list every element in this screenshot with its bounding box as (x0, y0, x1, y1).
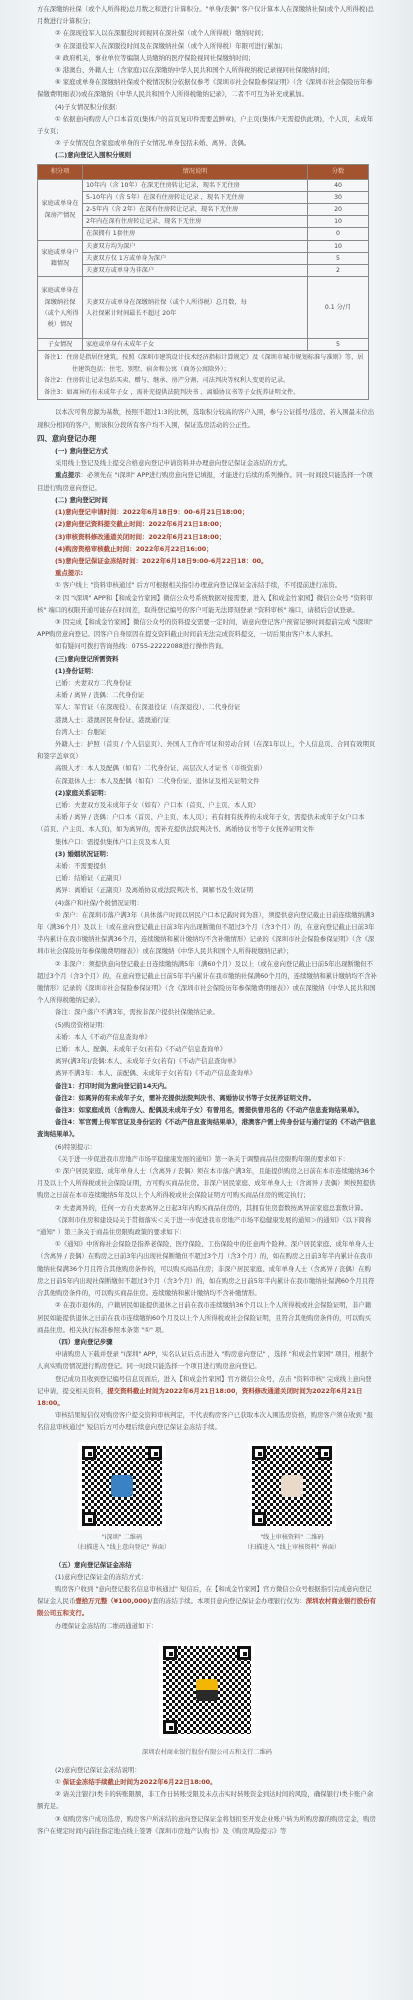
deposit-explain-item: ③ 如购房客户成功选房，购房客户所冻结的意向登记保证金将划扣至开发企业账户转为所… (37, 1813, 377, 1837)
qr-finder-icon (252, 1446, 266, 1460)
identity-item: 台湾人士：台胞证 (37, 726, 377, 738)
deposit-deadline: 保证金冻结手续截止时间为2022年6月22日18:00。 (63, 1778, 217, 1786)
family-item: 集体户口：需提供集体户口主页及本人页 (37, 836, 377, 848)
deposit-explain-item: ② 请关注银行I类卡的转账限额，非工作日转账受限及未点击实时转账资金到达时间的风… (37, 1788, 377, 1812)
tip-item: ③ 因完成【和成金竹家园】微信公众号的资料提交需要一定时间，请意向登记客户预留足… (37, 616, 377, 640)
category-cell: 家庭或单身户籍情况 (38, 240, 83, 277)
document-page: 方在深缴纳社保（或个人所得税)总月数之和进行计算积分。"单身/丧偶" 客户仅计算… (37, 0, 377, 1837)
desc-cell: 夫妻双方或单身在深缴纳社保（或个人所得税）总月数，每人社保累计时间最长不超过 2… (83, 277, 308, 339)
bank-qr-block: 深圳农村商业银行股份有限公司五和支行二维码 (37, 1642, 377, 1758)
children-line: ① 依据意向购房人户口本首页(集体户的首页复印件需要盖鲜章)，户主页(集体户无需… (37, 113, 377, 137)
table-row: 家庭或单身在深缴纳社保（或个人所得税）情况 夫妻双方或单身在深缴纳社保（或个人所… (38, 277, 369, 339)
method-heading: (一) 意向登记方式 (37, 445, 377, 457)
review-qr-block: "线上审核资料" 二维码 （扫描进入 "线上审核资料" 界面） (212, 1442, 372, 1553)
desc-cell: 2年内在深有住房转让记录，现名下无住房 (83, 216, 308, 228)
special-item: ② 夫妻离异的，任何一方自夫妻离异之日起3年内购买商品住房的，其拥有住房套数按离… (37, 1202, 377, 1214)
qr-subcaption: （扫描进入 "线上意向登记" 界面） (42, 1543, 202, 1553)
category-cell: 家庭或单身在深房产情况 (38, 179, 83, 240)
time-item: (4)购房资格审核截止时间：2022年6月22日16:00； (37, 543, 377, 555)
identity-item: 未婚 / 离异 / 丧偶：二代身份证 (37, 689, 377, 701)
bank-logo-icon (196, 1679, 218, 1701)
qualification-note: 备注3：如家庭成员（含购房人、配偶及未成年子女）有曾用名，需提供曾用名的《不动产… (37, 1104, 377, 1116)
category-cell: 家庭或单身在深缴纳社保（或个人所得税）情况 (38, 277, 83, 339)
deposit-explain-heading: (2)意向登记保证金冻结说明： (37, 1764, 377, 1776)
tip-heading: 重点提示: (37, 567, 377, 579)
deposit-explain-item: ① 保证金冻结手续截止时间为2022年6月22日18:00。 (37, 1776, 377, 1788)
table-row: 家庭或单身户籍情况 夫妻双方均为深户 10 (38, 240, 369, 252)
marriage-item: 已婚：结婚证（正副页） (37, 872, 377, 884)
qualification-heading: (5)购房资格证明： (37, 1019, 377, 1031)
deposit-text: 购房客户收到 "意向登记报名信息审核通过" 短信后，在【和成金竹家园】官方微信公… (37, 1583, 377, 1620)
tip-item: ① 客户线上 "资料审核通过" 后方可根据相关指引办理意向登记保证金冻结手续，不… (37, 579, 377, 591)
table-note: 备注3：如离异的有未成年子女 ，需补充提供法院判决书 、离婚协议书等子女抚养证明… (42, 387, 364, 399)
table-row: 在深拥有 1套住房 0 (38, 228, 369, 240)
intro-line: ⑥ 家庭或单身在深缴纳社保或个税情况积分依据仅参考《深圳市社会保险参保证明》（含… (37, 76, 377, 100)
bank-qr-caption: 深圳农村商业银行股份有限公司五和支行二维码 (37, 1748, 377, 1758)
ishenzhen-qr-code[interactable] (78, 1442, 166, 1530)
qr-finder-icon (148, 1446, 162, 1460)
marriage-heading: (3) 婚姻状况证明： (37, 848, 377, 860)
desc-cell: 夫妻双方或单身为非深户 (83, 265, 308, 277)
score-cell: 5 (308, 339, 369, 351)
project-logo-icon (281, 1475, 303, 1497)
identity-item: 外籍人士：护照（首页 / 个人信息页）、外国人工作许可证和劳动合同（在深1年以上… (37, 738, 377, 762)
qualification-note: 备注4：军官需上传军官证及身份证的《不动产信息查询结果单》，港澳客户需上传身份证… (37, 1116, 377, 1140)
deposit-method-heading: (1)意向登记保证金的冻结方式： (37, 1571, 377, 1583)
desc-cell: 夫妻双方均为深户 (83, 240, 308, 252)
ishenzhen-logo-icon (111, 1475, 133, 1497)
family-heading: (2)家庭关系证明： (37, 787, 377, 799)
circled-one: ① (55, 1778, 63, 1786)
qr-finder-icon (252, 1512, 266, 1526)
social-item: 备注：深户落户不满3年，需按非深户提供社保缴纳记录。 (37, 1006, 377, 1018)
marriage-item: 未婚：不需要提供 (37, 860, 377, 872)
time-heading: (二) 意向登记时间 (37, 494, 377, 506)
time-item: (1)意向登记申请时间：2022年6月18日9：00-6月21日18:00； (37, 506, 377, 518)
qualification-note: 备注1：打印时间为意向登记前14天内。 (37, 1080, 377, 1092)
intro-line: 方在深缴纳社保（或个人所得税)总月数之和进行计算积分。"单身/丧偶" 客户仅计算… (37, 3, 377, 27)
desc-cell: 2-5年内（含 2年）在深有住房转让记录，现名下无住房 (83, 204, 308, 216)
intro-line: ⑤ 港澳台、外籍人士（含家庭)以在深缴纳中华人民共和国个人所得税纳税记录视同社保… (37, 64, 377, 76)
social-item: ① 深户：在深圳市落户满3年（具体落户时间以居民户口本记载时间为准），须提供意向… (37, 909, 377, 958)
special-item: ① 深户居民家庭、成年单身人士（含离异 / 丧偶）须在本市落户满3年，且能提供购… (37, 1165, 377, 1202)
deposit-text-part: /套的冻结手续。本项目意向登记保证金办理银行仅为： (150, 1597, 306, 1605)
qr-finder-icon (163, 1646, 177, 1660)
children-line: ② 子女情况包含家庭或单身的子女情况,单身包括未婚、离异、丧偶。 (37, 137, 377, 149)
table-row: 5-10年内（含 5年）在深有住房转让记录 ，现名下无住房 30 (38, 191, 369, 203)
table-row: 夫妻双方仅 1方或单身为深户 5 (38, 252, 369, 264)
tip-item: ② 因 "i深圳" APP和【和成金竹家园】微信公众号系统数据对接需要，进入【和… (37, 592, 377, 616)
section-title: 四、意向登记办理 (37, 433, 377, 445)
steps-text: 审核结果短信仅对购房客户提交资料审核判定，不代表购房客户已获取本次入围选房资格，… (37, 1409, 377, 1433)
table-header: 分数 (308, 164, 369, 179)
intro-line: ③ 在深退役军人在深服役时间及在深缴纳社保（或个人所得税）年限可进行累加； (37, 40, 377, 52)
qr-finder-icon (318, 1446, 332, 1460)
score-cell: 0.1 分/月 (308, 277, 369, 339)
special-item: 《深圳市住房和建设局关于贯彻落实＜关于进一步促进我市房地产市场平稳健康发展的通知… (37, 1214, 377, 1238)
social-heading: (4)落户和社保/个税情况证明： (37, 897, 377, 909)
table-row: 子女情况 家庭或单身有未成年子女 5 (38, 339, 369, 351)
table-row: 2年内在深有住房转让记录，现名下无住房 10 (38, 216, 369, 228)
tip-label: 重点提示 (55, 471, 81, 479)
score-cell: 10 (308, 240, 369, 252)
table-notes: 备注1：住房是指居住建筑，按照《深圳市建筑设计技术经济指标计算规定》及《深圳市城… (38, 351, 369, 400)
score-cell: 40 (308, 179, 369, 191)
time-item: (5)意向登记保证金冻结时间：2022年6月18日9:00-6月22日18：00… (37, 555, 377, 567)
time-item: (2)意向登记资料提交截止时间：2022年6月21日18:00； (37, 518, 377, 530)
qualification-item: 未婚：本人《不动产信息查询单》 (37, 1031, 377, 1043)
desc-cell: 10年内（含 10年）在深无住房转让记录，现名下无住房 (83, 179, 308, 191)
steps-text: 登记成功且收到登记编号信息页面后，进入【和成金竹家园】官方微信公众号，点击 "资… (37, 1373, 377, 1410)
children-heading: (4)子女情况积分依据： (37, 101, 377, 113)
identity-item: 在深退休人士：本人及配偶（如有）二代身份证、退休证及相关证明文件 (37, 775, 377, 787)
qr-finder-icon (163, 1720, 177, 1734)
table-notes-row: 备注1：住房是指居住建筑，按照《深圳市建筑设计技术经济指标计算规定》及《深圳市城… (38, 351, 369, 400)
special-heading: (6)特别提示： (37, 1141, 377, 1153)
identity-item: 港澳人士：港澳居民身份证、港澳通行证 (37, 714, 377, 726)
special-item: 《关于进一步促进我市房地产市场平稳健康发展的通知》第一条关于调整商品住房限购年限… (37, 1153, 377, 1165)
special-item: ①《通知》中所称社会保险是指养老保险、医疗保险、工伤保险中的任意两个险种。深户居… (37, 1238, 377, 1299)
deposit-heading: （五）意向登记保证金冻结 (37, 1559, 377, 1571)
table-header-row: 积分项 情况说明 分数 (38, 164, 369, 179)
intro-line: ② 在深现役军人以在深服役时间视同在深社保（或个人所得税）缴纳时间； (37, 27, 377, 39)
table-header: 情况说明 (83, 164, 308, 179)
hotline: 如有疑问可拨打咨询热线：0755-22222088进行操作咨询。 (37, 640, 377, 652)
bank-qr-code[interactable] (159, 1642, 255, 1738)
marriage-item: 离异：离婚证（正副页）及离婚协议或法院判决书、调解书及生效证明 (37, 884, 377, 896)
rules-heading: (二)意向登记入围积分规则 (37, 149, 377, 161)
qualification-note: 备注2：如离异的有未成年子女，需补充提供法院判决书、离婚协议书等子女抚养证明文件… (37, 1092, 377, 1104)
qr-caption: "线上审核资料" 二维码 (212, 1533, 372, 1543)
table-note: 备注1：住房是指居住建筑，按照《深圳市建筑设计技术经济指标计算规定》及《深圳市城… (42, 352, 364, 375)
qr-caption: "i深圳" 二维码 (42, 1533, 202, 1543)
social-item: ② 非深户：须提供意向登记截止日连续缴纳满5年（满60个月）及以上（或在意向登记… (37, 958, 377, 1007)
steps-text: 申请购房人下载并登录 "i深圳" APP，实名认证后点击进入 "购房意向登记" … (37, 1348, 377, 1372)
family-item: 已婚：夫妻双方及未成年子女（如有）户口本（首页、户主页、本人页） (37, 799, 377, 811)
table-row: 2-5年内（含 2年）在深有住房转让记录，现名下无住房 20 (38, 204, 369, 216)
desc-cell: 家庭或单身有未成年子女 (83, 339, 308, 351)
score-cell: 20 (308, 204, 369, 216)
qr-finder-icon (82, 1512, 96, 1526)
intro-line: ④ 政府机关，事业单位等编制人员缴纳的医疗保险视同社保缴纳时间； (37, 52, 377, 64)
ratio-text: 以本次可售房源为基数，按照不超过1:3的比例，选取积分较高的客户入围，参与公证摇… (37, 406, 377, 430)
score-cell: 2 (308, 265, 369, 277)
qualification-item: 离异不满3年：本人、前配偶、未成年子女(若有)《不动产信息查询单》 (37, 1067, 377, 1079)
qr-finder-icon (237, 1646, 251, 1660)
tip-text: ：必须先在 "i深圳" APP进行购房意向登记填报，才能进行后续的系列操作。同一… (37, 471, 373, 491)
method-tip: 重点提示：必须先在 "i深圳" APP进行购房意向登记填报，才能进行后续的系列操… (37, 469, 377, 493)
table-note: 备注2：住房转让记录包括买卖、赠与、继承、房产分割、司法判决等权利人变更的记录。 (42, 375, 364, 387)
identity-item: 高级人才：本人及配偶（如有）二代身份证、高层次人才证书（市级资质） (37, 762, 377, 774)
score-table: 积分项 情况说明 分数 家庭或单身在深房产情况 10年内（含 10年）在深无住房… (37, 164, 369, 401)
special-item: ② 在我市退休的，户籍居民如能提供退休之日前在我市连续缴纳36个月以上个人所得税… (37, 1299, 377, 1336)
family-item: 未婚 / 离异 / 丧偶：户口本（首页、户主页、本人页）；若有拥有抚养的未成年子… (37, 811, 377, 835)
table-row: 家庭或单身在深房产情况 10年内（含 10年）在深无住房转让记录，现名下无住房 … (38, 179, 369, 191)
qualification-item: 离异(满3年)/丧偶:本人、未成年子女(若有)《不动产信息查询单》 (37, 1055, 377, 1067)
table-row: 夫妻双方或单身为非深户 2 (38, 265, 369, 277)
identity-item: 已婚：夫妻双方二代身份证 (37, 677, 377, 689)
identity-heading: (1)身份证明： (37, 665, 377, 677)
score-cell: 0 (308, 228, 369, 240)
desc-cell: 夫妻双方仅 1方或单身为深户 (83, 252, 308, 264)
table-header: 积分项 (38, 164, 83, 179)
score-cell: 10 (308, 216, 369, 228)
materials-heading: (三)意向登记所需资料 (37, 653, 377, 665)
qualification-item: 已婚：本人、配偶、未成年子女(若有)《不动产信息查询单》 (37, 1043, 377, 1055)
qr-finder-icon (82, 1446, 96, 1460)
desc-cell: 在深拥有 1套住房 (83, 228, 308, 240)
method-text: 采用线上登记及线上提交合格意向登记申请资料并办理意向登记保证金冻结的方式。 (37, 457, 377, 469)
steps-heading: （四）意向登记步骤 (37, 1336, 377, 1348)
score-cell: 30 (308, 191, 369, 203)
review-qr-code[interactable] (248, 1442, 336, 1530)
qr-subcaption: （扫描进入 "线上审核资料" 界面） (212, 1543, 372, 1553)
score-cell: 5 (308, 252, 369, 264)
desc-cell: 5-10年内（含 5年）在深有住房转让记录 ，现名下无住房 (83, 191, 308, 203)
category-cell: 子女情况 (38, 339, 83, 351)
ishenzhen-qr-block: "i深圳" 二维码 （扫描进入 "线上意向登记" 界面） (42, 1442, 202, 1553)
time-item: (3)审核资料修改通道关闭时间：2022年6月21日18:00； (37, 531, 377, 543)
qr-code-row: "i深圳" 二维码 （扫描进入 "线上意向登记" 界面） "线上审核资料" 二维… (37, 1442, 377, 1553)
deposit-amount: 壹拾万元整（¥100,000) (75, 1597, 150, 1605)
identity-item: 军人：军官证（在深现役）、在深退役证（在深退役）、二代身份证 (37, 701, 377, 713)
deposit-qr-intro: 办理保证金冻结的二维码通道如下： (37, 1620, 377, 1632)
